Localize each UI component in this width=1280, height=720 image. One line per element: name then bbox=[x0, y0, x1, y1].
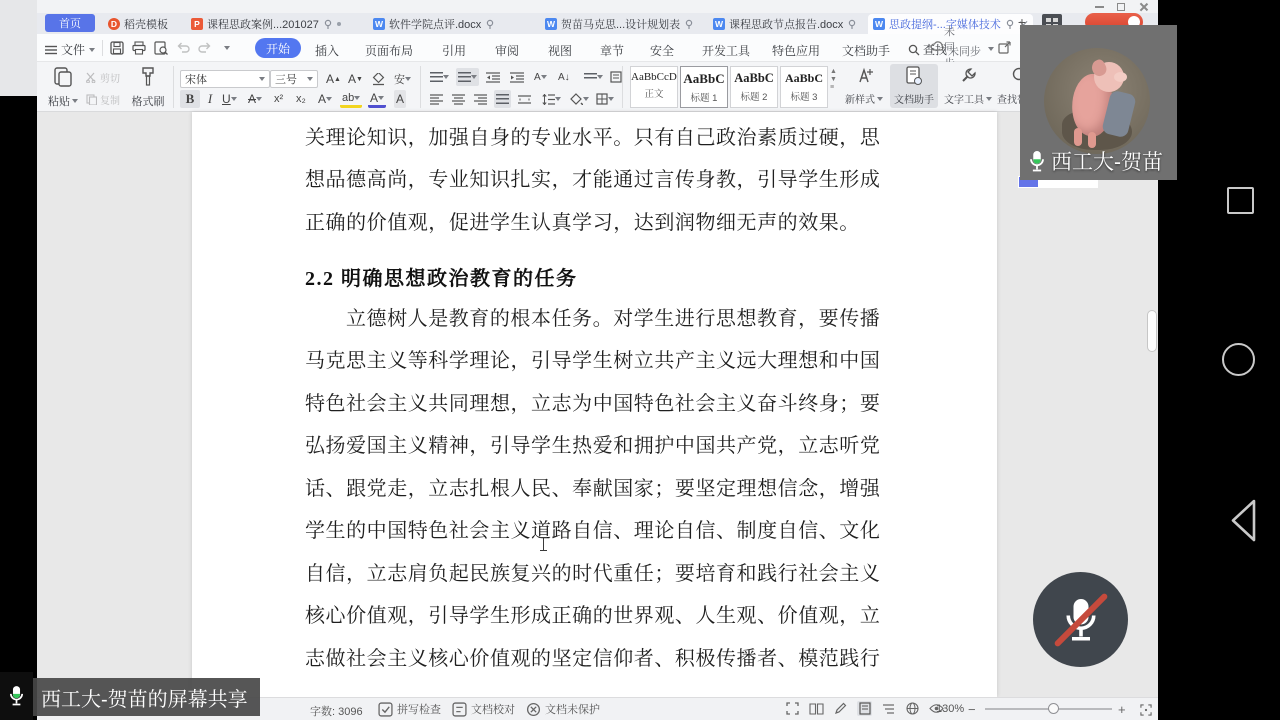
doc-line: 特色社会主义共同理想，立志为中国特色社会主义奋斗终身；要 bbox=[305, 390, 880, 418]
doc-line: 话、跟党走，立志扎根人民、奉献国家；要坚定理想信念，增强 bbox=[305, 475, 880, 503]
font-name-value: 宋体 bbox=[185, 71, 207, 87]
tab-docer-templates[interactable]: D 稻壳模板 bbox=[103, 14, 173, 33]
cut-label: 剪切 bbox=[100, 70, 120, 85]
special-format-icon bbox=[584, 73, 597, 81]
doc-line: 想品德高尚，专业知识扎实，才能通过言传身教，引导学生形成 bbox=[305, 166, 880, 194]
numbered-list-button[interactable] bbox=[456, 68, 479, 86]
vertical-scrollbar-thumb[interactable] bbox=[1147, 310, 1157, 352]
fit-page-button[interactable] bbox=[1138, 702, 1153, 717]
chevron-down-icon bbox=[89, 48, 95, 52]
redo-button[interactable] bbox=[196, 40, 214, 56]
write-mode-button[interactable] bbox=[833, 701, 848, 716]
pin-icon[interactable] bbox=[323, 19, 333, 29]
unprotected-icon bbox=[526, 702, 541, 717]
doc-line: 自信，立志肩负起民族复兴的时代重任；要培育和践行社会主义 bbox=[305, 560, 880, 588]
search-icon bbox=[908, 44, 920, 56]
menu-tab-section[interactable]: 章节 bbox=[600, 42, 624, 59]
style-heading2[interactable]: AaBbC 标题 2 bbox=[730, 66, 778, 108]
strikethrough-button[interactable]: A bbox=[246, 90, 264, 108]
customize-qat-button[interactable] bbox=[218, 40, 236, 56]
protection-label: 文档未保护 bbox=[545, 701, 600, 717]
align-left-button[interactable] bbox=[428, 90, 445, 108]
android-back-button[interactable] bbox=[1228, 498, 1258, 543]
menu-tab-page-layout[interactable]: 页面布局 bbox=[365, 42, 413, 59]
doc-assistant-icon bbox=[905, 66, 923, 86]
style-sample: AaBbC bbox=[731, 71, 777, 86]
print-preview-button[interactable] bbox=[152, 40, 170, 56]
decrease-indent-button[interactable] bbox=[484, 68, 502, 86]
spell-check-button[interactable]: 拼写检查 bbox=[378, 701, 441, 717]
doc-line: 关理论知识，加强自身的专业水平。只有自己政治素质过硬，思 bbox=[305, 124, 880, 152]
subscript-button[interactable]: x₂ bbox=[294, 90, 308, 108]
doc-heading: 2.2 明确思想政治教育的任务 bbox=[305, 262, 578, 291]
align-center-button[interactable] bbox=[450, 90, 467, 108]
scissors-icon bbox=[86, 72, 97, 83]
microphone-muted-button[interactable] bbox=[1033, 572, 1128, 667]
style-normal[interactable]: AaBbCcDc 正文 bbox=[630, 66, 678, 108]
participant-avatar bbox=[1044, 48, 1150, 154]
justify-button[interactable] bbox=[494, 90, 511, 108]
distribute-icon bbox=[518, 94, 531, 105]
spell-check-label: 拼写检查 bbox=[397, 701, 441, 717]
menu-tab-references[interactable]: 引用 bbox=[442, 42, 466, 59]
style-name: 标题 3 bbox=[781, 89, 827, 103]
doc-line: 弘扬爱国主义精神，引导学生热爱和拥护中国共产党，立志听党 bbox=[305, 432, 880, 460]
share-button[interactable] bbox=[998, 40, 1012, 59]
style-gallery-scroll[interactable]: ▲▼≡ bbox=[830, 68, 837, 92]
tab-label: 贺苗马克思...设计规划表 bbox=[561, 16, 680, 32]
screen-share-banner: 西工大-贺苗的屏幕共享 bbox=[33, 678, 260, 716]
file-menu-label: 文件 bbox=[61, 41, 85, 58]
style-heading3[interactable]: AaBbC 标题 3 bbox=[780, 66, 828, 108]
mic-active-icon bbox=[1028, 149, 1046, 174]
special-format-button[interactable] bbox=[582, 68, 605, 86]
print-button[interactable] bbox=[130, 40, 148, 56]
print-preview-icon bbox=[154, 41, 168, 55]
save-button[interactable] bbox=[108, 40, 126, 56]
style-heading1[interactable]: AaBbC 标题 1 bbox=[680, 66, 728, 108]
char-shading-button[interactable]: A bbox=[394, 90, 406, 108]
undo-button[interactable] bbox=[174, 40, 192, 56]
format-painter-button[interactable]: 格式刷 bbox=[128, 66, 168, 109]
spell-check-icon bbox=[378, 702, 393, 717]
android-home-button[interactable] bbox=[1222, 343, 1255, 376]
line-spacing-icon bbox=[542, 94, 555, 105]
undo-icon bbox=[176, 42, 190, 54]
wps-titlebar bbox=[37, 0, 1158, 13]
hamburger-icon bbox=[45, 45, 57, 55]
style-name: 标题 1 bbox=[681, 90, 727, 104]
wps-writer-icon: W bbox=[545, 18, 557, 30]
increase-indent-icon bbox=[510, 72, 524, 83]
proofread-icon bbox=[452, 702, 467, 717]
font-size-select[interactable]: 三号 bbox=[270, 70, 318, 88]
text-cursor bbox=[539, 537, 548, 552]
clear-format-icon bbox=[372, 73, 385, 86]
style-name: 正文 bbox=[631, 86, 677, 100]
bullet-list-icon bbox=[430, 72, 443, 83]
font-color-button[interactable]: A bbox=[368, 90, 386, 108]
tab-label: 课程思政节点报告.docx bbox=[729, 16, 843, 32]
format-painter-label: 格式刷 bbox=[132, 93, 165, 109]
fullscreen-view-button[interactable] bbox=[785, 701, 800, 716]
wrench-icon bbox=[958, 66, 978, 86]
menu-tab-home[interactable]: 开始 bbox=[255, 38, 301, 58]
mic-active-icon bbox=[8, 684, 25, 708]
tab-doc-review[interactable]: W 软件学院点评.docx bbox=[368, 14, 500, 33]
redo-icon bbox=[198, 42, 212, 54]
tab-label: 软件学院点评.docx bbox=[389, 16, 481, 32]
font-name-select[interactable]: 宋体 bbox=[180, 70, 270, 88]
style-sample: AaBbC bbox=[681, 71, 727, 87]
desktop-edge-strip bbox=[0, 0, 37, 96]
italic-button[interactable]: I bbox=[202, 90, 218, 108]
menu-tab-doc-assistant[interactable]: 文档助手 bbox=[842, 42, 890, 59]
tab-ppt-document[interactable]: P 课程思政案例...201027 bbox=[186, 14, 346, 33]
android-recents-button[interactable] bbox=[1227, 187, 1254, 214]
align-right-button[interactable] bbox=[472, 90, 489, 108]
page-view-button[interactable] bbox=[857, 701, 872, 716]
doc-line: 学生的中国特色社会主义道路自信、理论自信、制度自信、文化 bbox=[305, 517, 880, 545]
align-left-icon bbox=[430, 94, 443, 105]
proofread-label: 文档校对 bbox=[471, 701, 515, 717]
numbered-list-icon bbox=[458, 72, 471, 83]
style-sample: AaBbC bbox=[781, 71, 827, 86]
text-effects-button[interactable]: A bbox=[316, 90, 334, 108]
font-size-value: 三号 bbox=[275, 71, 297, 87]
borders-icon bbox=[596, 93, 608, 105]
line-spacing-button[interactable] bbox=[540, 90, 563, 108]
menu-tab-dev-tools[interactable]: 开发工具 bbox=[702, 42, 750, 59]
tab-doc-plan[interactable]: W 贺苗马克思...设计规划表 bbox=[540, 14, 699, 33]
minimize-button[interactable] bbox=[1088, 1, 1110, 12]
modified-dot bbox=[337, 22, 341, 26]
outline-view-button[interactable] bbox=[881, 701, 896, 716]
screen-share-label: 西工大-贺苗的屏幕共享 bbox=[41, 683, 248, 712]
paste-icon bbox=[53, 66, 73, 88]
menu-tab-special-features[interactable]: 特色应用 bbox=[772, 42, 820, 59]
menu-tab-insert[interactable]: 插入 bbox=[315, 42, 339, 59]
pin-icon[interactable] bbox=[847, 19, 857, 29]
doc-line: 正确的价值观，促进学生认真学习，达到润物细无声的效果。 bbox=[305, 209, 860, 237]
maximize-button[interactable] bbox=[1110, 1, 1132, 12]
proofread-button[interactable]: 文档校对 bbox=[452, 701, 515, 717]
borders-button[interactable] bbox=[594, 90, 616, 108]
copy-label: 复制 bbox=[100, 92, 120, 107]
new-style-button[interactable]: 新样式 bbox=[842, 66, 886, 106]
character-scale-button[interactable]: A bbox=[532, 68, 549, 86]
text-tool-button[interactable]: 文字工具 bbox=[944, 66, 992, 106]
zoom-slider-knob[interactable] bbox=[1048, 703, 1059, 714]
decrease-indent-icon bbox=[486, 72, 500, 83]
read-mode-button[interactable] bbox=[809, 701, 824, 716]
web-view-button[interactable] bbox=[905, 701, 920, 716]
phonetic-guide-button[interactable]: 安 bbox=[392, 70, 413, 88]
copy-button[interactable]: 复制 bbox=[86, 92, 120, 107]
word-count[interactable]: 字数: 3096 bbox=[310, 703, 363, 719]
copy-icon bbox=[86, 94, 97, 105]
shading-button[interactable] bbox=[568, 90, 591, 108]
new-style-label: 新样式 bbox=[845, 91, 875, 106]
cut-button[interactable]: 剪切 bbox=[86, 70, 120, 85]
justify-icon bbox=[496, 94, 509, 105]
doc-assistant-button[interactable]: 文档助手 bbox=[890, 64, 938, 108]
align-center-icon bbox=[452, 94, 465, 105]
bold-button[interactable]: B bbox=[180, 90, 200, 108]
tab-doc-report[interactable]: W 课程思政节点报告.docx bbox=[708, 14, 862, 33]
shrink-font-button[interactable]: A▼ bbox=[346, 70, 365, 88]
doc-line: 核心价值观，引导学生形成正确的世界观、人生观、价值观，立 bbox=[305, 602, 880, 630]
underline-button[interactable]: U bbox=[220, 90, 239, 108]
tab-label: 课程思政案例...201027 bbox=[207, 16, 319, 32]
participant-video-tile[interactable]: 西工大-贺苗 bbox=[1020, 25, 1177, 180]
doc-line: 志做社会主义核心价值观的坚定信仰者、积极传播者、模范践行 bbox=[305, 645, 880, 673]
sync-text: 未同步 bbox=[948, 43, 981, 59]
wps-writer-icon: W bbox=[373, 18, 385, 30]
clear-format-button[interactable] bbox=[370, 70, 387, 88]
highlight-button[interactable]: ab bbox=[340, 90, 362, 108]
meeting-screen-share-view: 首页 D 稻壳模板 P 课程思政案例...201027 W 软件学院点评.doc… bbox=[0, 0, 1280, 720]
wps-presentation-icon: P bbox=[191, 18, 203, 30]
paste-button[interactable]: 粘贴 bbox=[46, 66, 80, 109]
text-tool-label: 文字工具 bbox=[944, 91, 984, 106]
pin-icon[interactable] bbox=[485, 19, 495, 29]
menu-tab-review[interactable]: 审阅 bbox=[495, 42, 519, 59]
sort-button[interactable]: A↓ bbox=[556, 68, 572, 86]
increase-indent-button[interactable] bbox=[508, 68, 526, 86]
zoom-in-button[interactable]: + bbox=[1118, 702, 1126, 717]
align-right-icon bbox=[474, 94, 487, 105]
close-button[interactable] bbox=[1132, 1, 1154, 12]
pin-icon[interactable] bbox=[684, 19, 694, 29]
protection-status[interactable]: 文档未保护 bbox=[526, 701, 600, 717]
doc-line: 马克思主义等科学理论，引导学生树立共产主义远大理想和中国 bbox=[305, 347, 880, 375]
wps-writer-icon: W bbox=[873, 18, 885, 30]
file-menu-button[interactable]: 文件 bbox=[45, 41, 95, 58]
grow-font-button[interactable]: A▲ bbox=[324, 70, 343, 88]
format-painter-icon bbox=[139, 66, 157, 88]
style-name: 标题 2 bbox=[731, 89, 777, 103]
bullet-list-button[interactable] bbox=[428, 68, 451, 86]
share-icon bbox=[998, 40, 1012, 54]
home-tab-button[interactable]: 首页 bbox=[45, 14, 95, 32]
menu-tab-security[interactable]: 安全 bbox=[650, 42, 674, 59]
sync-status-button[interactable]: 未同步 bbox=[930, 41, 944, 52]
paragraph-settings-icon bbox=[610, 71, 622, 83]
zoom-level[interactable]: 130% bbox=[936, 703, 964, 715]
paste-label: 粘贴 bbox=[48, 93, 70, 109]
zoom-out-button[interactable]: − bbox=[968, 702, 976, 717]
menu-tab-view[interactable]: 视图 bbox=[548, 42, 572, 59]
distribute-button[interactable] bbox=[516, 90, 533, 108]
wps-writer-icon: W bbox=[713, 18, 725, 30]
style-sample: AaBbCcDc bbox=[631, 71, 677, 83]
doc-line: 立德树人是教育的根本任务。对学生进行思想教育，要传播 bbox=[305, 305, 880, 333]
tab-label: 稻壳模板 bbox=[124, 16, 168, 32]
new-style-icon bbox=[854, 66, 874, 86]
doc-assistant-label: 文档助手 bbox=[894, 91, 934, 106]
superscript-button[interactable]: x² bbox=[272, 90, 285, 108]
shading-icon bbox=[570, 93, 583, 105]
cloud-sync-icon bbox=[930, 41, 944, 52]
print-icon bbox=[132, 41, 146, 55]
participant-name: 西工大-贺苗 bbox=[1051, 146, 1163, 176]
share-mic-badge bbox=[0, 672, 33, 720]
docer-icon: D bbox=[108, 18, 120, 30]
save-icon bbox=[110, 41, 124, 55]
